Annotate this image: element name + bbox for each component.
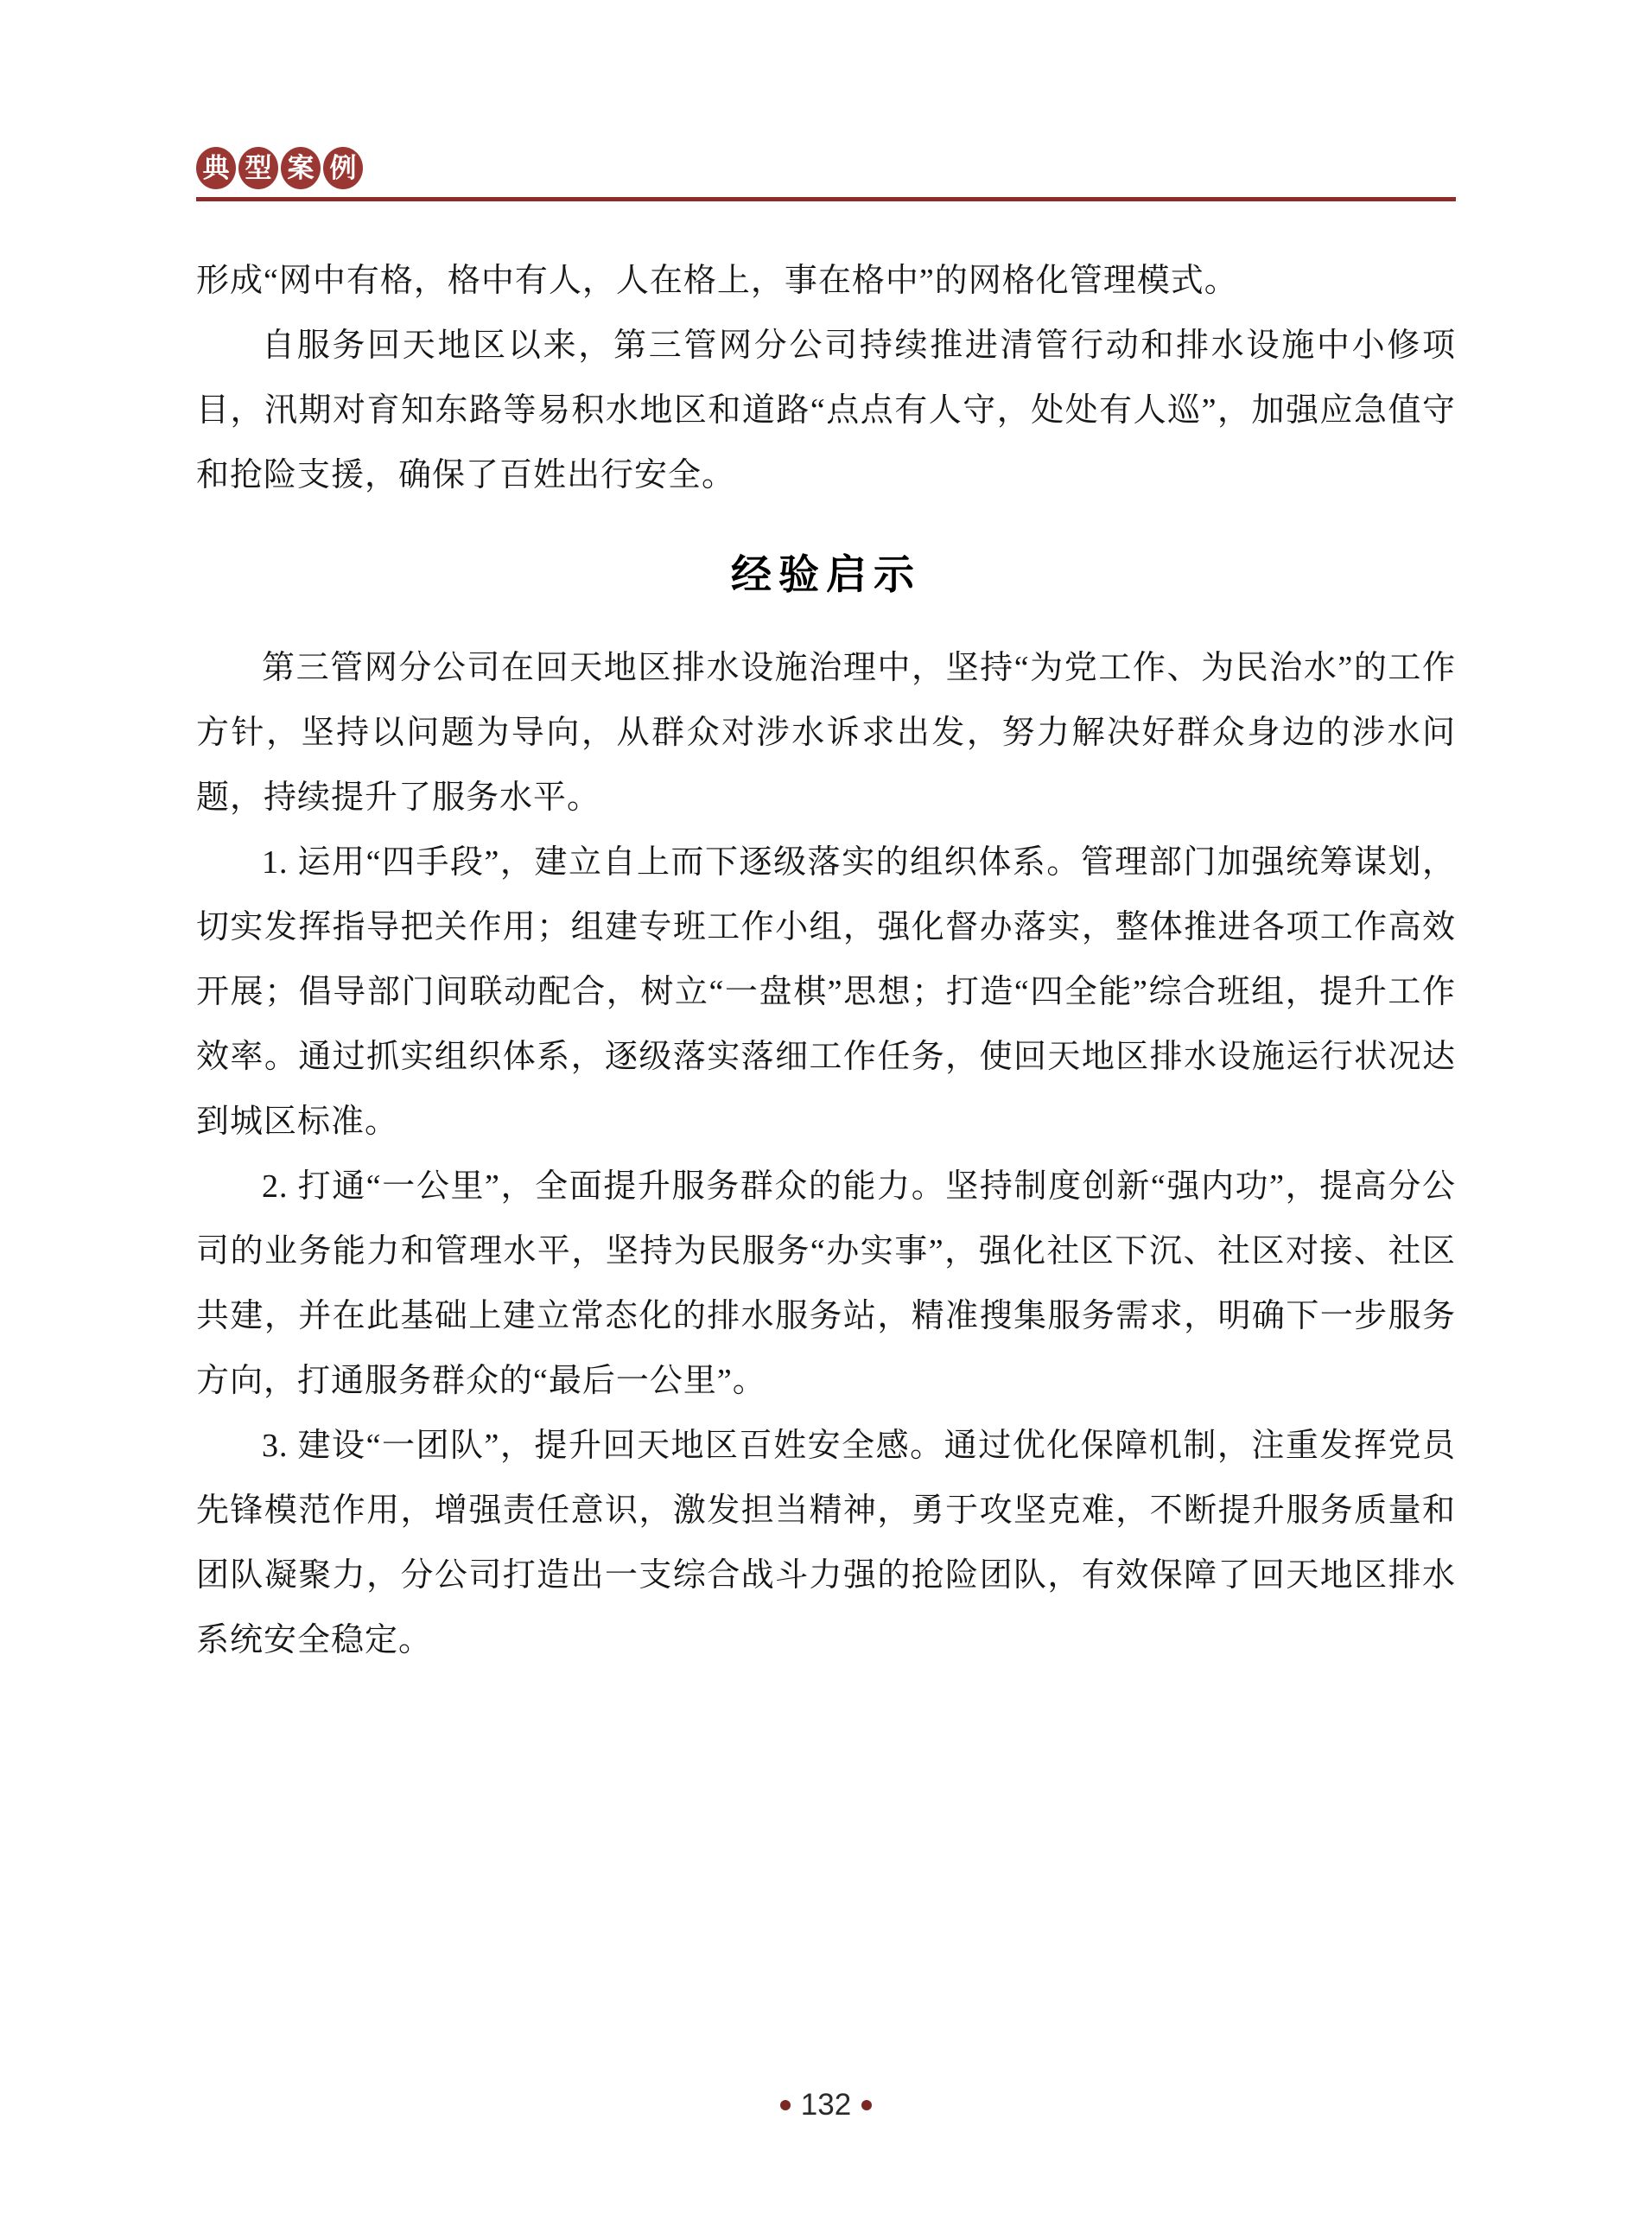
paragraph-point-3: 3. 建设“一团队”，提升回天地区百姓安全感。通过优化保障机制，注重发挥党员先锋… [196, 1414, 1456, 1673]
paragraph-point-1: 1. 运用“四手段”，建立自上而下逐级落实的组织体系。管理部门加强统筹谋划，切实… [196, 830, 1456, 1155]
header-badges: 典 型 案 例 [196, 147, 1456, 189]
page-body: 形成“网中有格，格中有人，人在格上，事在格中”的网格化管理模式。 自服务回天地区… [196, 249, 1456, 1673]
paragraph-continuation: 形成“网中有格，格中有人，人在格上，事在格中”的网格化管理模式。 [196, 249, 1456, 314]
page-number-dot-right [861, 2100, 872, 2110]
page-footer: 132 [0, 2090, 1652, 2120]
header-rule [196, 197, 1456, 201]
page-header: 典 型 案 例 [196, 147, 1456, 201]
section-heading: 经验启示 [196, 543, 1456, 607]
page-number-dot-left [780, 2100, 791, 2110]
page-number: 132 [801, 2090, 851, 2120]
paragraph-service-since: 自服务回天地区以来，第三管网分公司持续推进清管行动和排水设施中小修项目，汛期对育… [196, 314, 1456, 508]
paragraph-overview: 第三管网分公司在回天地区排水设施治理中，坚持“为党工作、为民治水”的工作方针，坚… [196, 636, 1456, 830]
header-badge-4: 例 [323, 147, 363, 189]
header-badge-1: 典 [196, 147, 236, 189]
header-badge-2: 型 [238, 147, 278, 189]
header-badge-3: 案 [281, 147, 321, 189]
paragraph-point-2: 2. 打通“一公里”，全面提升服务群众的能力。坚持制度创新“强内功”，提高分公司… [196, 1155, 1456, 1414]
document-page: 典 型 案 例 形成“网中有格，格中有人，人在格上，事在格中”的网格化管理模式。… [0, 0, 1652, 2240]
